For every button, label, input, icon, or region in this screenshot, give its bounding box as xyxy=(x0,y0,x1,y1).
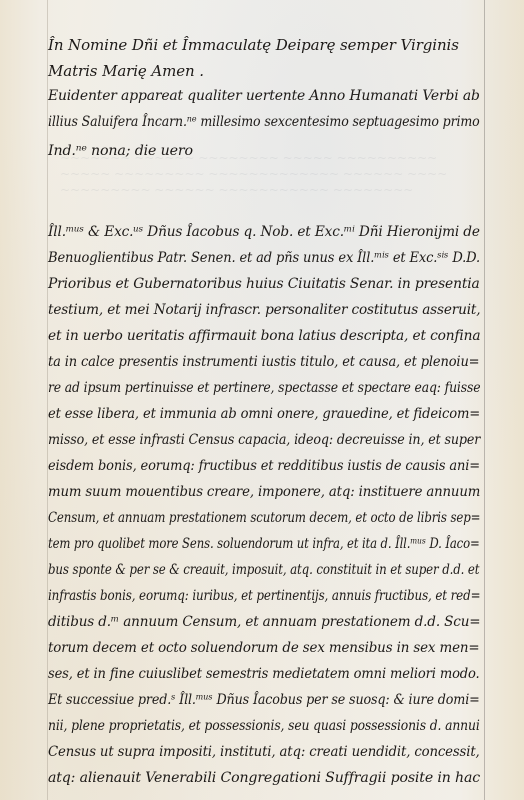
body-line: Census ut supra impositi, instituti, atq… xyxy=(48,744,480,760)
body-line: atq: alienauit Venerabili Congregationi … xyxy=(48,770,480,786)
body-line: tem pro quolibet more Sens. soluendorum … xyxy=(48,536,480,552)
body-line: nii, plene proprietatis, et possessionis… xyxy=(48,718,480,734)
preamble-line-3: Ind.ⁿᵉ nona; die uero xyxy=(48,143,193,159)
body-line: re ad ipsum pertinuisse et pertinere, sp… xyxy=(48,380,480,396)
body-line: et in uerbo ueritatis affirmauit bona la… xyxy=(48,328,480,344)
bleed-through-text: ~~~~~~~ ~~~~~~ ~~~~~~~~ ~~~~~ ~~~~~~~~~~… xyxy=(60,150,480,220)
body-line: et esse libera, et immunia ab omni onere… xyxy=(48,406,480,422)
body-line: ta in calce presentis instrumenti iustis… xyxy=(48,354,479,370)
body-line: Prioribus et Gubernatoribus huius Ciuita… xyxy=(48,276,480,292)
body-line: testium, et mei Notarij infrascr. person… xyxy=(48,302,480,318)
body-line: bus sponte & per se & creauit, imposuit,… xyxy=(48,562,479,578)
body-line: Et successiue pred.ˢ Îll.ᵐᵘˢ Dñus Îacobu… xyxy=(48,692,480,708)
preamble-line-1: Euidenter appareat qualiter uertente Ann… xyxy=(48,88,480,104)
body-line: mum suum mouentibus creare, imponere, at… xyxy=(48,484,480,500)
preamble-line-2: illius Saluifera Încarn.ⁿᵉ millesimo sex… xyxy=(48,114,480,130)
body-line: Îll.ᵐᵘˢ & Exc.ᵘˢ Dñus Îacobus q. Nob. et… xyxy=(48,224,480,240)
invocation-line-2: Matris Marię Amen . xyxy=(48,62,204,80)
body-line: Benuoglientibus Patr. Senen. et ad pñs u… xyxy=(48,250,480,266)
body-line: ses, et in fine cuiuslibet semestris med… xyxy=(48,666,480,682)
body-line: misso, et esse infrasti Census capacia, … xyxy=(48,432,480,448)
body-line: ditibus d.ᵐ annuum Censum, et annuam pre… xyxy=(48,614,480,630)
right-margin-rule xyxy=(484,0,485,800)
body-line: infrastis bonis, eorumq: iuribus, et per… xyxy=(48,588,480,604)
manuscript-page: ~~~~~~~ ~~~~~~ ~~~~~~~~ ~~~~~ ~~~~~~~~~~… xyxy=(0,0,524,800)
invocation-line-1: În Nomine Dñi et Îmmaculatę Deiparę semp… xyxy=(48,36,459,54)
body-line: torum decem et octo soluendorum de sex m… xyxy=(48,640,480,656)
body-line: eisdem bonis, eorumq: fructibus et reddi… xyxy=(48,458,480,474)
body-line: Censum, et annuam prestationem scutorum … xyxy=(48,510,480,526)
